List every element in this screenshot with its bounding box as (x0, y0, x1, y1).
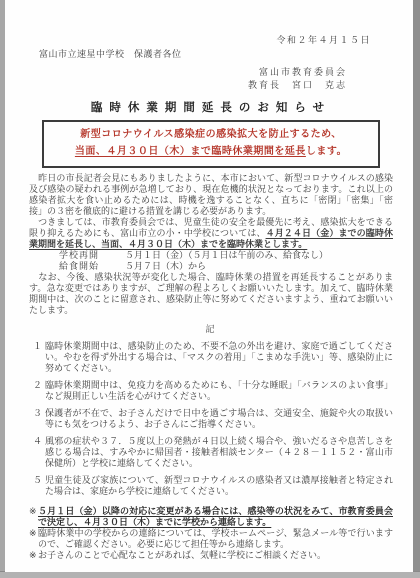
item-text: 児童生徒及び家族について、新型コロナウイルスの感染者又は濃厚接触者と特定された場… (45, 476, 393, 498)
notice-line2-tail: します。 (306, 146, 347, 157)
sender-org: 富山市教育委員会 (29, 67, 347, 80)
footnote: ※ ５月１日（金）以降の対応に変更がある場合には、感染等の状況をみて、市教育委員… (29, 507, 393, 529)
footnote-marker: ※ (29, 529, 37, 540)
item-number: ３ (29, 409, 45, 431)
list-item: ４ 風邪の症状や３７．５度以上の発熱が４日以上続く場合や、強いだるさや息苦しさを… (29, 437, 393, 470)
body-paragraph-3: なお、今後、感染状況等が変化した場合、臨時休業の措置を再延長することがあります。… (29, 273, 393, 317)
schedule-label: 学校再開 (59, 251, 125, 262)
scan-edge-bottom (0, 572, 420, 578)
footnotes: ※ ５月１日（金）以降の対応に変更がある場合には、感染等の状況をみて、市教育委員… (29, 507, 393, 562)
notice-line2: 当面、４月３０日（木）まで臨時休業期間を延長します。 (50, 143, 372, 160)
scan-edge-right (413, 0, 420, 578)
precaution-list: １ 臨時休業期間中は、感染防止のため、不要不急の外出を避け、家庭で過ごしてくださ… (29, 342, 393, 498)
body-paragraph-1: 昨日の市長記者会見にもありましたように、本市において、新型コロナウイルスの感染及… (29, 174, 393, 218)
sender-block: 富山市教育委員会 教育長 宮口 克志 (29, 67, 393, 93)
schedule: 学校再開 ５月１日（金）（５月１日は午前のみ、給食なし） 給食開始 ５月７日（木… (29, 251, 393, 273)
footnote-marker: ※ (29, 551, 37, 562)
document-page: 令和２年４月１５日 富山市立速星中学校 保護者各位 富山市教育委員会 教育長 宮… (5, 0, 413, 572)
footnote: ※ お子さんのことで心配なことがあれば、気軽に学校にご相談ください。 (29, 551, 393, 562)
addressee: 富山市立速星中学校 保護者各位 (29, 50, 393, 61)
schedule-row-reopen: 学校再開 ５月１日（金）（５月１日は午前のみ、給食なし） (59, 251, 393, 262)
schedule-value: ５月７日（木）から (125, 262, 206, 273)
item-number: ５ (29, 476, 45, 498)
item-text: 臨時休業期間中は、免疫力を高めるためにも、「十分な睡眠」「バランスのよい食事」な… (45, 381, 393, 403)
footnote-text: ５月１日（金）以降の対応に変更がある場合には、感染等の状況をみて、市教育委員会で… (38, 507, 393, 528)
schedule-label: 給食開始 (59, 262, 125, 273)
list-item: ３ 保護者が不在で、お子さんだけで日中を過ごす場合は、交通安全、施錠や火の取扱い… (29, 409, 393, 431)
sender-person: 教育長 宮口 克志 (29, 80, 347, 93)
footnote-marker: ※ (29, 507, 37, 518)
body-paragraph-2: つきましては、市教育委員会では、児童生徒の安全を最優先に考え、感染拡大をできる限… (29, 218, 393, 251)
issue-date: 令和２年４月１５日 (29, 36, 393, 47)
item-number: ４ (29, 437, 45, 470)
schedule-row-lunch: 給食開始 ５月７日（木）から (59, 262, 393, 273)
item-number: １ (29, 342, 45, 375)
ki-heading: 記 (29, 325, 393, 336)
list-item: ５ 児童生徒及び家族について、新型コロナウイルスの感染者又は濃厚接触者と特定され… (29, 476, 393, 498)
item-text: 風邪の症状や３７．５度以上の発熱が４日以上続く場合や、強いだるさや息苦しさを感じ… (45, 437, 393, 470)
list-item: ２ 臨時休業期間中は、免疫力を高めるためにも、「十分な睡眠」「バランスのよい食事… (29, 381, 393, 403)
page-title: 臨時休業期間延長のお知らせ (29, 102, 393, 113)
item-text: 保護者が不在で、お子さんだけで日中を過ごす場合は、交通安全、施錠や火の取扱い等に… (45, 409, 393, 431)
notice-line1: 新型コロナウイルス感染症の感染拡大を防止するため、 (50, 126, 372, 143)
footnote-text: お子さんのことで心配なことがあれば、気軽に学校にご相談ください。 (38, 551, 326, 561)
notice-box: 新型コロナウイルス感染症の感染拡大を防止するため、 当面、４月３０日（木）まで臨… (42, 120, 380, 168)
notice-line2-underlined: 当面、４月３０日（木）まで臨時休業期間を延長 (75, 146, 306, 157)
footnote-text: 臨時休業中の学校からの連絡については、学校ホームページ、緊急メール等で行いますの… (38, 529, 393, 550)
list-item: １ 臨時休業期間中は、感染防止のため、不要不急の外出を避け、家庭で過ごしてくださ… (29, 342, 393, 375)
item-text: 臨時休業期間中は、感染防止のため、不要不急の外出を避け、家庭で過ごしてください。… (45, 342, 393, 375)
item-number: ２ (29, 381, 45, 403)
footnote: ※ 臨時休業中の学校からの連絡については、学校ホームページ、緊急メール等で行いま… (29, 529, 393, 551)
schedule-value: ５月１日（金）（５月１日は午前のみ、給食なし） (125, 251, 328, 262)
